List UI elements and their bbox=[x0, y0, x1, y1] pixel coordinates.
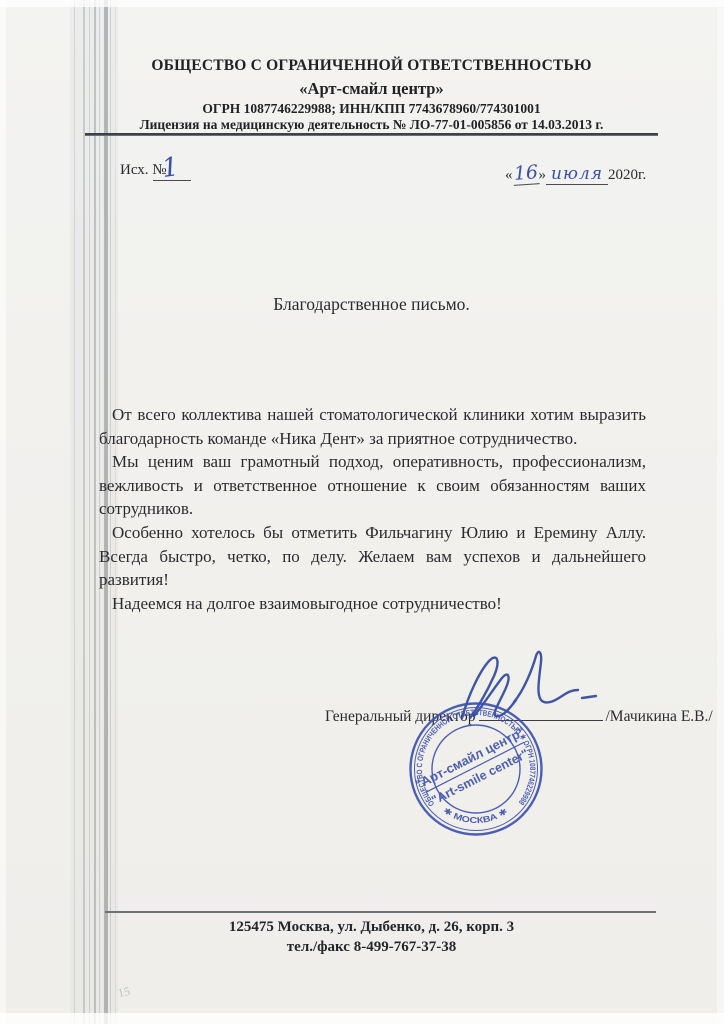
date-open-quote: « bbox=[505, 167, 513, 184]
footer-rule bbox=[105, 911, 656, 913]
stamp-bottom-text: ✱ МОСКВА ✱ bbox=[442, 805, 510, 825]
pencil-mark: 15 bbox=[117, 984, 132, 1001]
date-month-handwritten: июля bbox=[546, 164, 608, 185]
signature-name: /Мачикина Е.В./ bbox=[606, 708, 713, 726]
letter-title: Благодарственное письмо. bbox=[85, 294, 658, 315]
body-paragraph-4: Надеемся на долгое взаимовыгодное сотруд… bbox=[99, 592, 646, 616]
header-license: Лицензия на медицинскую деятельность № Л… bbox=[85, 117, 658, 133]
date-day-handwritten: 16 bbox=[512, 161, 540, 186]
company-stamp: ОБЩЕСТВО С ОГРАНИЧЕННОЙ ОТВЕТСТВЕННОСТЬЮ… bbox=[391, 684, 561, 854]
svg-text:✱ МОСКВА ✱: ✱ МОСКВА ✱ bbox=[442, 805, 510, 825]
footer-phone: тел./факс 8-499-767-37-38 bbox=[85, 939, 658, 956]
body-paragraph-3: Особенно хотелось бы отметить Фильчагину… bbox=[99, 521, 646, 592]
date-line: « 16 » июля 2020г. bbox=[505, 162, 646, 185]
header-org-name: «Арт-смайл центр» bbox=[85, 79, 658, 99]
scanned-letter-page: ОБЩЕСТВО С ОГРАНИЧЕННОЙ ОТВЕТСТВЕННОСТЬЮ… bbox=[0, 0, 724, 1024]
header-rule bbox=[85, 133, 658, 136]
date-year: 2020г. bbox=[608, 167, 646, 184]
header-org-type: ОБЩЕСТВО С ОГРАНИЧЕННОЙ ОТВЕТСТВЕННОСТЬЮ bbox=[85, 57, 658, 75]
footer-address: 125475 Москва, ул. Дыбенко, д. 26, корп.… bbox=[85, 919, 658, 936]
letter-body: От всего коллектива нашей стоматологичес… bbox=[99, 403, 646, 615]
body-paragraph-1: От всего коллектива нашей стоматологичес… bbox=[99, 403, 646, 450]
ref-number-handwritten: 1 bbox=[160, 152, 181, 184]
header-registration: ОГРН 1087746229988; ИНН/КПП 7743678960/7… bbox=[85, 101, 658, 117]
body-paragraph-2: Мы ценим ваш грамотный подход, оперативн… bbox=[99, 450, 646, 521]
outgoing-ref-label: Исх. № bbox=[120, 162, 167, 179]
